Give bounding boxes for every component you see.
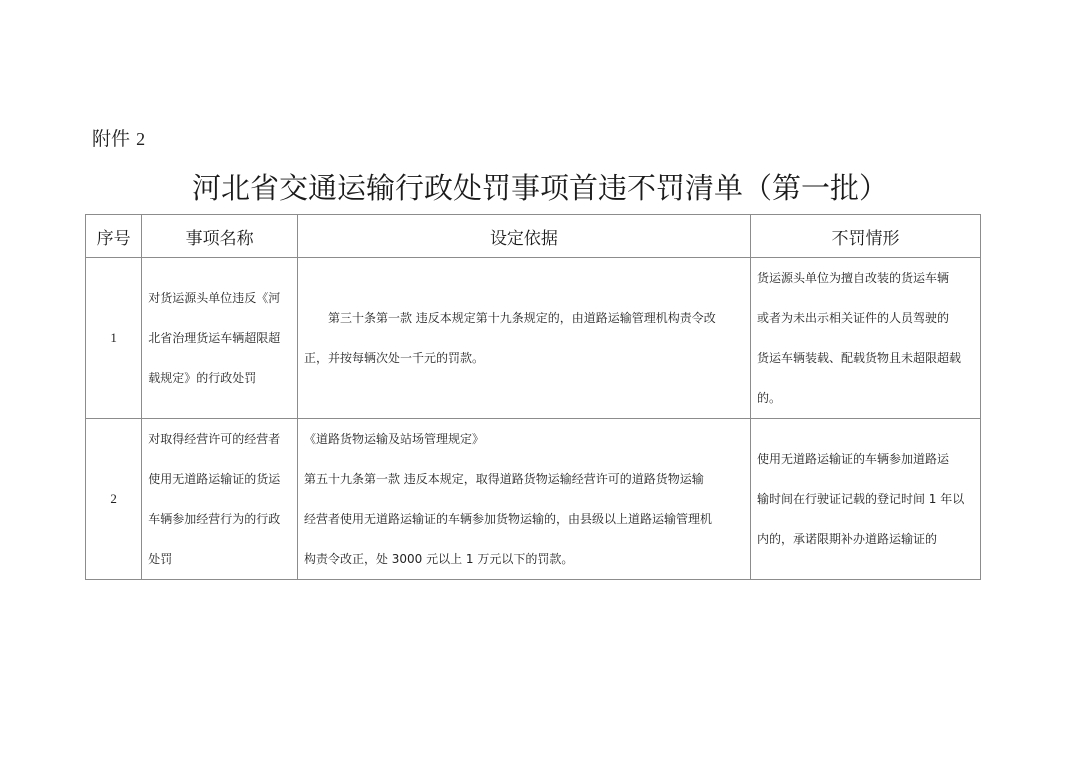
condition-cell: 使用无道路运输证的车辆参加道路运 输时间在行驶证记载的登记时间 1 年以 内的，…: [750, 419, 980, 580]
text-line: 使用无道路运输证的货运: [148, 459, 291, 499]
header-item-name: 事项名称: [142, 215, 298, 258]
text-line: 第三十条第一款 违反本规定第十九条规定的，由道路运输管理机构责令改: [304, 298, 744, 338]
table-row: 2 对取得经营许可的经营者 使用无道路运输证的货运 车辆参加经营行为的行政 处罚…: [86, 419, 981, 580]
text-line: 的。: [757, 378, 974, 418]
text-line: 处罚: [148, 539, 291, 579]
table-header-row: 序号 事项名称 设定依据 不罚情形: [86, 215, 981, 258]
condition-cell: 货运源头单位为擅自改装的货运车辆 或者为未出示相关证件的人员驾驶的 货运车辆装载…: [750, 258, 980, 419]
text-line: 或者为未出示相关证件的人员驾驶的: [757, 298, 974, 338]
text-line: 经营者使用无道路运输证的车辆参加货物运输的，由县级以上道路运输管理机: [304, 499, 744, 539]
item-name-cell: 对取得经营许可的经营者 使用无道路运输证的货运 车辆参加经营行为的行政 处罚: [142, 419, 298, 580]
text-line: 内的，承诺限期补办道路运输证的: [757, 519, 974, 559]
text-line: 输时间在行驶证记载的登记时间 1 年以: [757, 479, 974, 519]
row-index: 2: [86, 419, 142, 580]
attachment-label: 附件 2: [92, 124, 145, 151]
header-condition: 不罚情形: [750, 215, 980, 258]
table-row: 1 对货运源头单位违反《河 北省治理货运车辆超限超 载规定》的行政处罚 第三十条…: [86, 258, 981, 419]
header-basis: 设定依据: [297, 215, 750, 258]
penalty-exemption-table: 序号 事项名称 设定依据 不罚情形 1 对货运源头单位违反《河 北省治理货运车辆…: [85, 214, 981, 580]
text-line: 正，并按每辆次处一千元的罚款。: [304, 338, 744, 378]
text-line: 车辆参加经营行为的行政: [148, 499, 291, 539]
text-line: 北省治理货运车辆超限超: [148, 318, 291, 358]
text-line: 构责令改正，处 3000 元以上 1 万元以下的罚款。: [304, 539, 744, 579]
text-line: 对取得经营许可的经营者: [148, 419, 291, 459]
basis-cell: 《道路货物运输及站场管理规定》 第五十九条第一款 违反本规定，取得道路货物运输经…: [297, 419, 750, 580]
header-index: 序号: [86, 215, 142, 258]
text-line: 使用无道路运输证的车辆参加道路运: [757, 439, 974, 479]
text-line: 货运源头单位为擅自改装的货运车辆: [757, 258, 974, 298]
basis-cell: 第三十条第一款 违反本规定第十九条规定的，由道路运输管理机构责令改 正，并按每辆…: [297, 258, 750, 419]
item-name-cell: 对货运源头单位违反《河 北省治理货运车辆超限超 载规定》的行政处罚: [142, 258, 298, 419]
text-line: 对货运源头单位违反《河: [148, 278, 291, 318]
text-line: 第五十九条第一款 违反本规定，取得道路货物运输经营许可的道路货物运输: [304, 459, 744, 499]
page-title: 河北省交通运输行政处罚事项首违不罚清单（第一批）: [0, 166, 1080, 207]
text-line: 载规定》的行政处罚: [148, 358, 291, 398]
text-line: 货运车辆装载、配载货物且未超限超载: [757, 338, 974, 378]
row-index: 1: [86, 258, 142, 419]
text-line: 《道路货物运输及站场管理规定》: [304, 419, 744, 459]
